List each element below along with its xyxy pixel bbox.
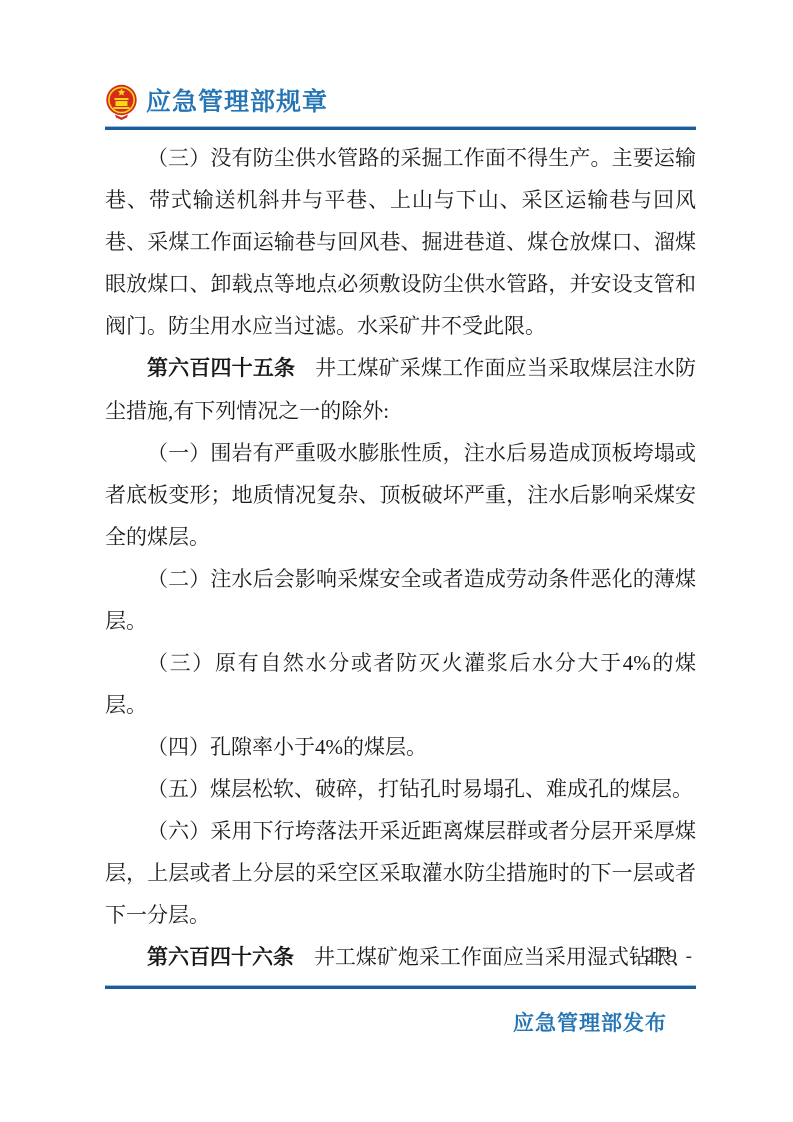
paragraph-text: （五）煤层松软、破碎，打钻孔时易塌孔、难成孔的煤层。 xyxy=(147,777,693,801)
publisher-label: 应急管理部发布 xyxy=(513,1007,667,1037)
paragraph: （六）采用下行垮落法开采近距离煤层群或者分层开采厚煤层，上层或者上分层的采空区采… xyxy=(105,810,696,936)
header-divider xyxy=(105,126,696,130)
paragraph: （五）煤层松软、破碎，打钻孔时易塌孔、难成孔的煤层。 xyxy=(105,768,696,810)
article-paragraph: 第六百四十五条井工煤矿采煤工作面应当采取煤层注水防尘措施,有下列情况之一的除外: xyxy=(105,347,696,432)
footer-divider xyxy=(105,985,696,989)
document-page: 应急管理部规章 （三）没有防尘供水管路的采掘工作面不得生产。主要运输巷、带式输送… xyxy=(0,0,793,1122)
document-body: （三）没有防尘供水管路的采掘工作面不得生产。主要运输巷、带式输送机斜井与平巷、上… xyxy=(105,137,696,979)
header-title: 应急管理部规章 xyxy=(146,84,328,120)
paragraph-text: （四）孔隙率小于4%的煤层。 xyxy=(147,735,427,759)
national-emblem-icon xyxy=(105,84,138,120)
article-paragraph: 第六百四十六条井工煤矿炮采工作面应当采用湿式钻眼、 xyxy=(105,936,696,979)
article-number: 第六百四十五条 xyxy=(147,357,295,380)
paragraph-text: （六）采用下行垮落法开采近距离煤层群或者分层开采厚煤层，上层或者上分层的采空区采… xyxy=(105,819,696,927)
paragraph: （三）没有防尘供水管路的采掘工作面不得生产。主要运输巷、带式输送机斜井与平巷、上… xyxy=(105,137,696,347)
paragraph-text: （二）注水后会影响采煤安全或者造成劳动条件恶化的薄煤层。 xyxy=(105,567,696,633)
paragraph: （三）原有自然水分或者防灭火灌浆后水分大于4%的煤层。 xyxy=(105,642,696,726)
paragraph-text: （三）没有防尘供水管路的采掘工作面不得生产。主要运输巷、带式输送机斜井与平巷、上… xyxy=(105,146,696,338)
paragraph: （二）注水后会影响采煤安全或者造成劳动条件恶化的薄煤层。 xyxy=(105,558,696,642)
article-number: 第六百四十六条 xyxy=(147,946,294,969)
paragraph-text: （三）原有自然水分或者防灭火灌浆后水分大于4%的煤层。 xyxy=(105,651,696,717)
paragraph: （四）孔隙率小于4%的煤层。 xyxy=(105,726,696,768)
page-header: 应急管理部规章 xyxy=(105,84,696,120)
paragraph: （一）围岩有严重吸水膨胀性质，注水后易造成顶板垮塌或者底板变形；地质情况复杂、顶… xyxy=(105,432,696,558)
paragraph-text: （一）围岩有严重吸水膨胀性质，注水后易造成顶板垮塌或者底板变形；地质情况复杂、顶… xyxy=(105,441,696,549)
page-number: - 279 - xyxy=(629,946,694,968)
